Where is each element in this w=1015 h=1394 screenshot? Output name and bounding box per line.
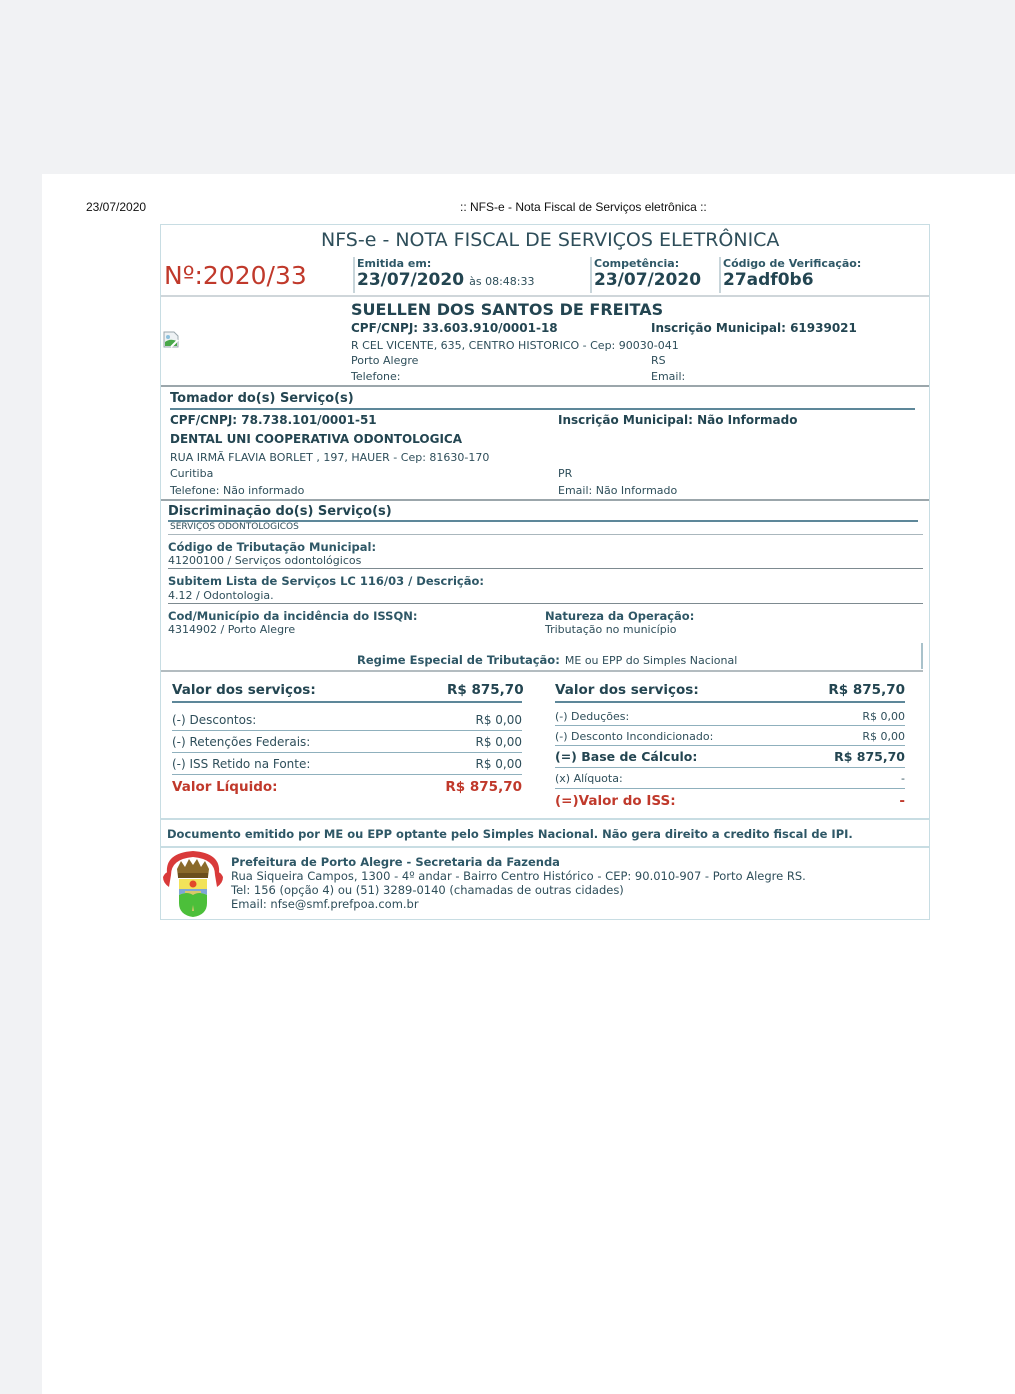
- taker-state: PR: [558, 467, 572, 480]
- section-underline: [170, 408, 915, 410]
- provider-email: Email:: [651, 370, 685, 383]
- divider: [161, 385, 929, 387]
- divider: [555, 767, 905, 768]
- issued-time: às 08:48:33: [469, 275, 534, 288]
- issued-date: 23/07/2020: [357, 270, 464, 290]
- print-date: 23/07/2020: [86, 200, 146, 214]
- taker-phone: Telefone: Não informado: [170, 484, 304, 497]
- subitem-label: Subitem Lista de Serviços LC 116/03 / De…: [168, 574, 484, 588]
- provider-cpf-cnpj: CPF/CNPJ: 33.603.910/0001-18: [351, 321, 558, 335]
- divider: [555, 745, 905, 746]
- discounts-label: (-) Descontos:: [172, 713, 256, 727]
- divider: [555, 788, 905, 789]
- broken-image-icon: [163, 331, 179, 348]
- provider-state: RS: [651, 354, 666, 367]
- divider: [555, 725, 905, 726]
- tax-code-label: Código de Tributação Municipal:: [168, 540, 376, 554]
- tax-code-value: 41200100 / Serviços odontológicos: [168, 554, 361, 567]
- taker-municipal-registration: Inscrição Municipal: Não Informado: [558, 413, 797, 427]
- provider-name: SUELLEN DOS SANTOS DE FREITAS: [351, 300, 663, 319]
- divider: [353, 257, 355, 293]
- unconditional-discount-label: (-) Desconto Incondicionado:: [555, 730, 713, 743]
- competence-date: 23/07/2020: [594, 270, 701, 290]
- rate-label: (x) Alíquota:: [555, 772, 623, 785]
- nfse-invoice: NFS-e - NOTA FISCAL DE SERVIÇOS ELETRÔNI…: [160, 224, 930, 920]
- simples-nacional-notice: Documento emitido por ME ou EPP optante …: [167, 827, 853, 841]
- subitem-value: 4.12 / Odontologia.: [168, 589, 274, 602]
- issued-datetime: 23/07/2020 às 08:48:33: [357, 270, 535, 290]
- document-page: 23/07/2020 :: NFS-e - Nota Fiscal de Ser…: [42, 174, 1015, 1394]
- unconditional-discount-value: R$ 0,00: [824, 730, 905, 743]
- iss-value-label: (=)Valor do ISS:: [555, 793, 676, 809]
- divider: [161, 670, 923, 672]
- divider: [161, 499, 929, 501]
- regime-value: ME ou EPP do Simples Nacional: [565, 654, 737, 667]
- invoice-title: NFS-e - NOTA FISCAL DE SERVIÇOS ELETRÔNI…: [321, 229, 779, 251]
- calculation-base-value: R$ 875,70: [824, 749, 905, 764]
- iss-withheld-value: R$ 0,00: [447, 757, 522, 771]
- services-value: R$ 875,70: [447, 682, 522, 698]
- section-underline: [172, 701, 522, 703]
- municipality-value: 4314902 / Porto Alegre: [168, 623, 295, 636]
- taker-cpf-cnpj: CPF/CNPJ: 78.738.101/0001-51: [170, 413, 377, 427]
- provider-phone: Telefone:: [351, 370, 401, 383]
- divider: [172, 774, 522, 775]
- section-underline: [555, 701, 905, 703]
- provider-address: R CEL VICENTE, 635, CENTRO HISTORICO - C…: [351, 339, 679, 352]
- net-value: R$ 875,70: [437, 779, 522, 795]
- taker-section-title: Tomador do(s) Serviço(s): [170, 391, 354, 406]
- services-description: SERVIÇOS ODONTOLOGICOS: [170, 522, 299, 532]
- divider: [172, 752, 522, 753]
- operation-value: Tributação no município: [545, 623, 677, 636]
- print-title: :: NFS-e - Nota Fiscal de Serviços eletr…: [460, 200, 707, 214]
- divider: [168, 534, 923, 535]
- divider: [590, 257, 592, 293]
- services-value-label-right: Valor dos serviços:: [555, 682, 699, 698]
- invoice-number: Nº:2020/33: [164, 261, 307, 290]
- operation-label: Natureza da Operação:: [545, 609, 694, 623]
- footer-phone: Tel: 156 (opção 4) ou (51) 3289-0140 (ch…: [231, 883, 624, 897]
- deductions-label: (-) Deduções:: [555, 710, 629, 723]
- taker-name: DENTAL UNI COOPERATIVA ODONTOLOGICA: [170, 432, 462, 446]
- verification-code: 27adf0b6: [723, 270, 814, 290]
- calculation-base-label: (=) Base de Cálculo:: [555, 749, 697, 764]
- footer-org: Prefeitura de Porto Alegre - Secretaria …: [231, 855, 560, 869]
- iss-value: -: [824, 793, 905, 809]
- taker-email: Email: Não Informado: [558, 484, 677, 497]
- issued-label: Emitida em:: [357, 257, 431, 270]
- rate-value: -: [824, 772, 905, 785]
- taker-city: Curitiba: [170, 467, 213, 480]
- municipality-label: Cod/Município da incidência do ISSQN:: [168, 609, 417, 623]
- footer-address: Rua Siqueira Campos, 1300 - 4º andar - B…: [231, 869, 806, 883]
- federal-retentions-value: R$ 0,00: [447, 735, 522, 749]
- federal-retentions-label: (-) Retenções Federais:: [172, 735, 310, 749]
- divider: [921, 643, 923, 669]
- footer-email[interactable]: Email: nfse@smf.prefpoa.com.br: [231, 897, 419, 911]
- discounts-value: R$ 0,00: [447, 713, 522, 727]
- divider: [161, 846, 929, 848]
- iss-withheld-label: (-) ISS Retido na Fonte:: [172, 757, 310, 771]
- deductions-value: R$ 0,00: [824, 710, 905, 723]
- provider-municipal-registration: Inscrição Municipal: 61939021: [651, 321, 857, 335]
- provider-city: Porto Alegre: [351, 354, 418, 367]
- regime-label: Regime Especial de Tributação:: [357, 653, 560, 667]
- services-value-label: Valor dos serviços:: [172, 682, 316, 698]
- verification-label: Código de Verificação:: [723, 257, 861, 270]
- divider: [168, 603, 923, 604]
- taker-address: RUA IRMÃ FLAVIA BORLET , 197, HAUER - Ce…: [170, 451, 489, 464]
- competence-label: Competência:: [594, 257, 679, 270]
- divider: [161, 818, 929, 820]
- services-value-right: R$ 875,70: [824, 682, 905, 698]
- divider: [168, 568, 923, 569]
- divider: [719, 257, 721, 293]
- porto-alegre-coat-of-arms-icon: [161, 847, 225, 919]
- net-value-label: Valor Líquido:: [172, 779, 278, 795]
- services-section-title: Discriminação do(s) Serviço(s): [168, 504, 392, 519]
- divider: [161, 295, 929, 297]
- divider: [172, 730, 522, 731]
- special-regime: Regime Especial de Tributação: ME ou EPP…: [357, 649, 737, 668]
